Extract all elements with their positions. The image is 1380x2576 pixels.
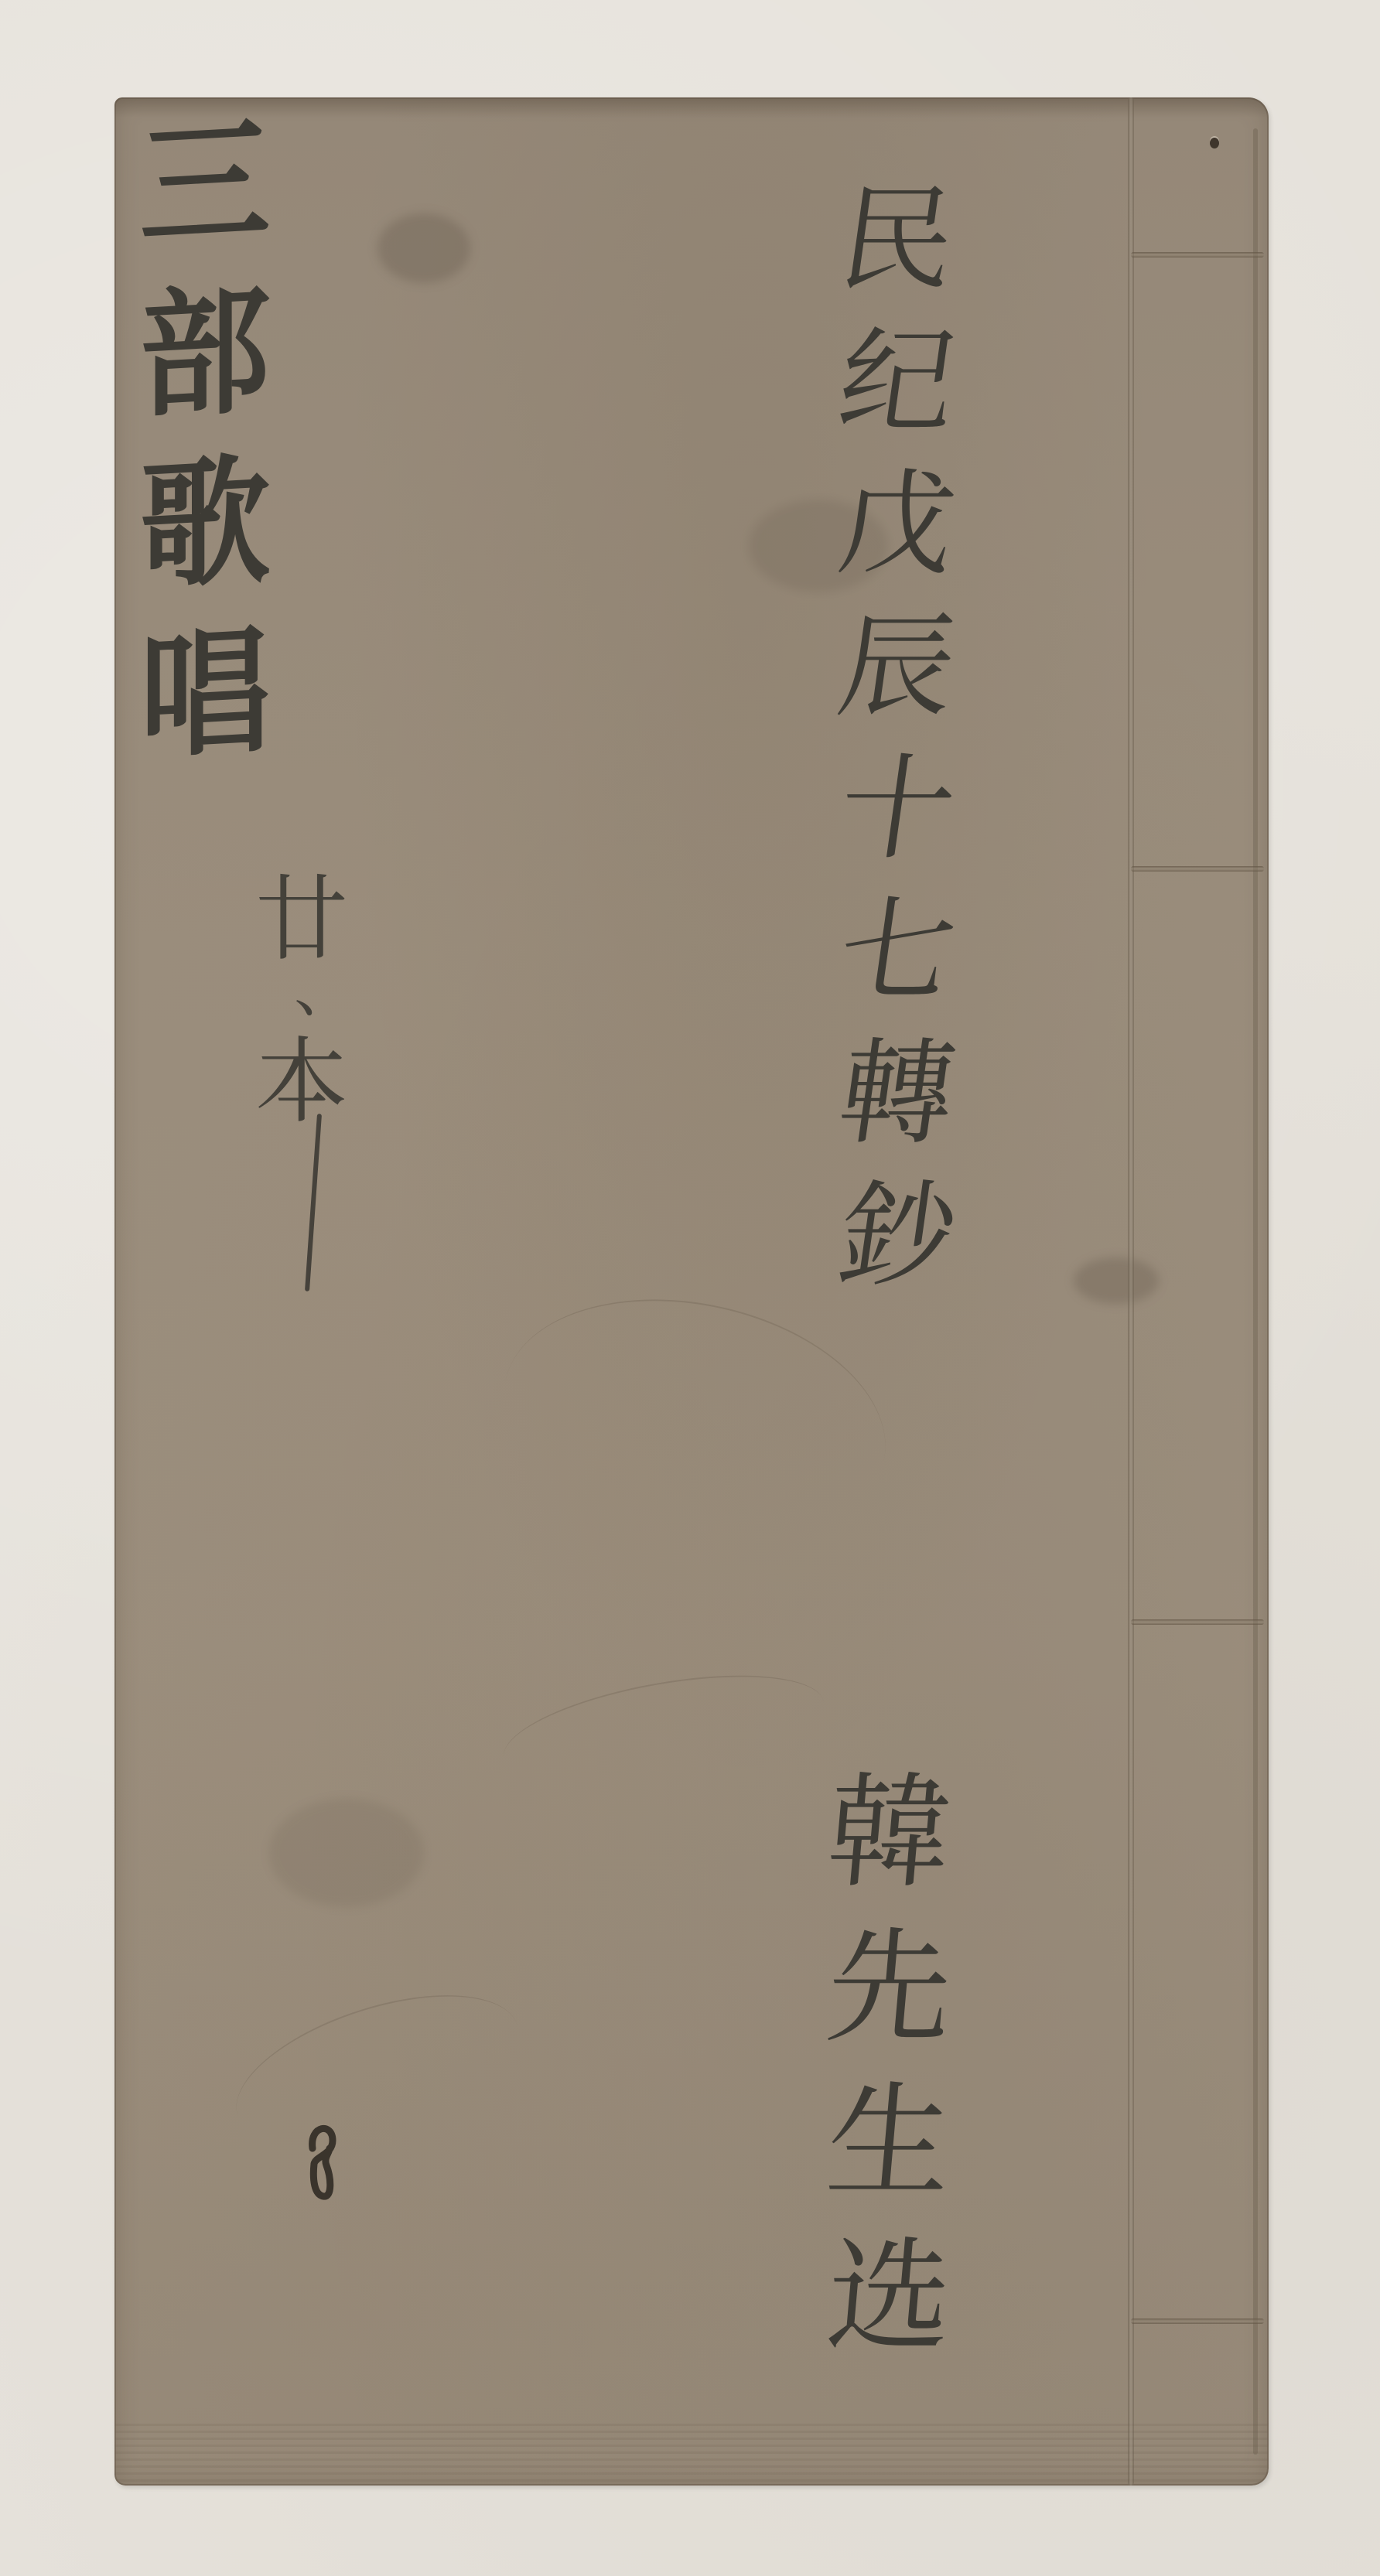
date-char: 辰 — [832, 609, 963, 724]
title-char: 三 — [139, 111, 270, 255]
paper-stain — [269, 1799, 424, 1907]
spine-edge — [1253, 128, 1258, 2455]
title-char: 部 — [139, 281, 270, 425]
author-char: 生 — [822, 2080, 957, 2204]
date-char: 民 — [832, 183, 963, 297]
cover-bottom-edge — [114, 2424, 1269, 2486]
volume-note-column: 廿 、 本 — [232, 874, 371, 1291]
title-column: 三 部 歌 唱 — [116, 114, 294, 763]
date-char: 轉 — [832, 1036, 963, 1151]
paper-crease — [218, 1965, 536, 2175]
volume-char: 廿 — [255, 874, 348, 967]
binding-stitch-4 — [1131, 2318, 1264, 2324]
ink-mark-icon — [306, 2117, 337, 2202]
date-char: 戊 — [832, 467, 963, 582]
paper-crease — [481, 1266, 908, 1575]
author-char: 选 — [822, 2235, 957, 2359]
spine-fold-line — [1128, 97, 1134, 2486]
date-inscription-column: 民 纪 戊 辰 十 七 轉 鈔 — [797, 183, 998, 1293]
date-char: 纪 — [832, 325, 963, 439]
author-char: 先 — [822, 1926, 957, 2049]
brush-tail-stroke — [305, 1114, 322, 1291]
binding-stitch-2 — [1131, 866, 1264, 872]
volume-char: 本 — [255, 1036, 348, 1129]
binding-stitch-3 — [1131, 1619, 1264, 1625]
binding-stitch-1 — [1131, 252, 1264, 258]
author-inscription-column: 韓 先 生 选 — [789, 1771, 990, 2359]
title-char: 歌 — [139, 451, 270, 595]
paper-crease — [496, 1655, 832, 1804]
date-char: 鈔 — [832, 1179, 963, 1293]
paper-stain — [377, 213, 470, 283]
author-char: 韓 — [822, 1771, 957, 1895]
date-char: 十 — [832, 752, 963, 866]
volume-char: 、 — [294, 959, 356, 1021]
title-char: 唱 — [139, 621, 270, 766]
paper-stain — [1074, 1257, 1159, 1304]
date-char: 七 — [832, 894, 963, 1008]
binding-hole — [1210, 138, 1219, 148]
